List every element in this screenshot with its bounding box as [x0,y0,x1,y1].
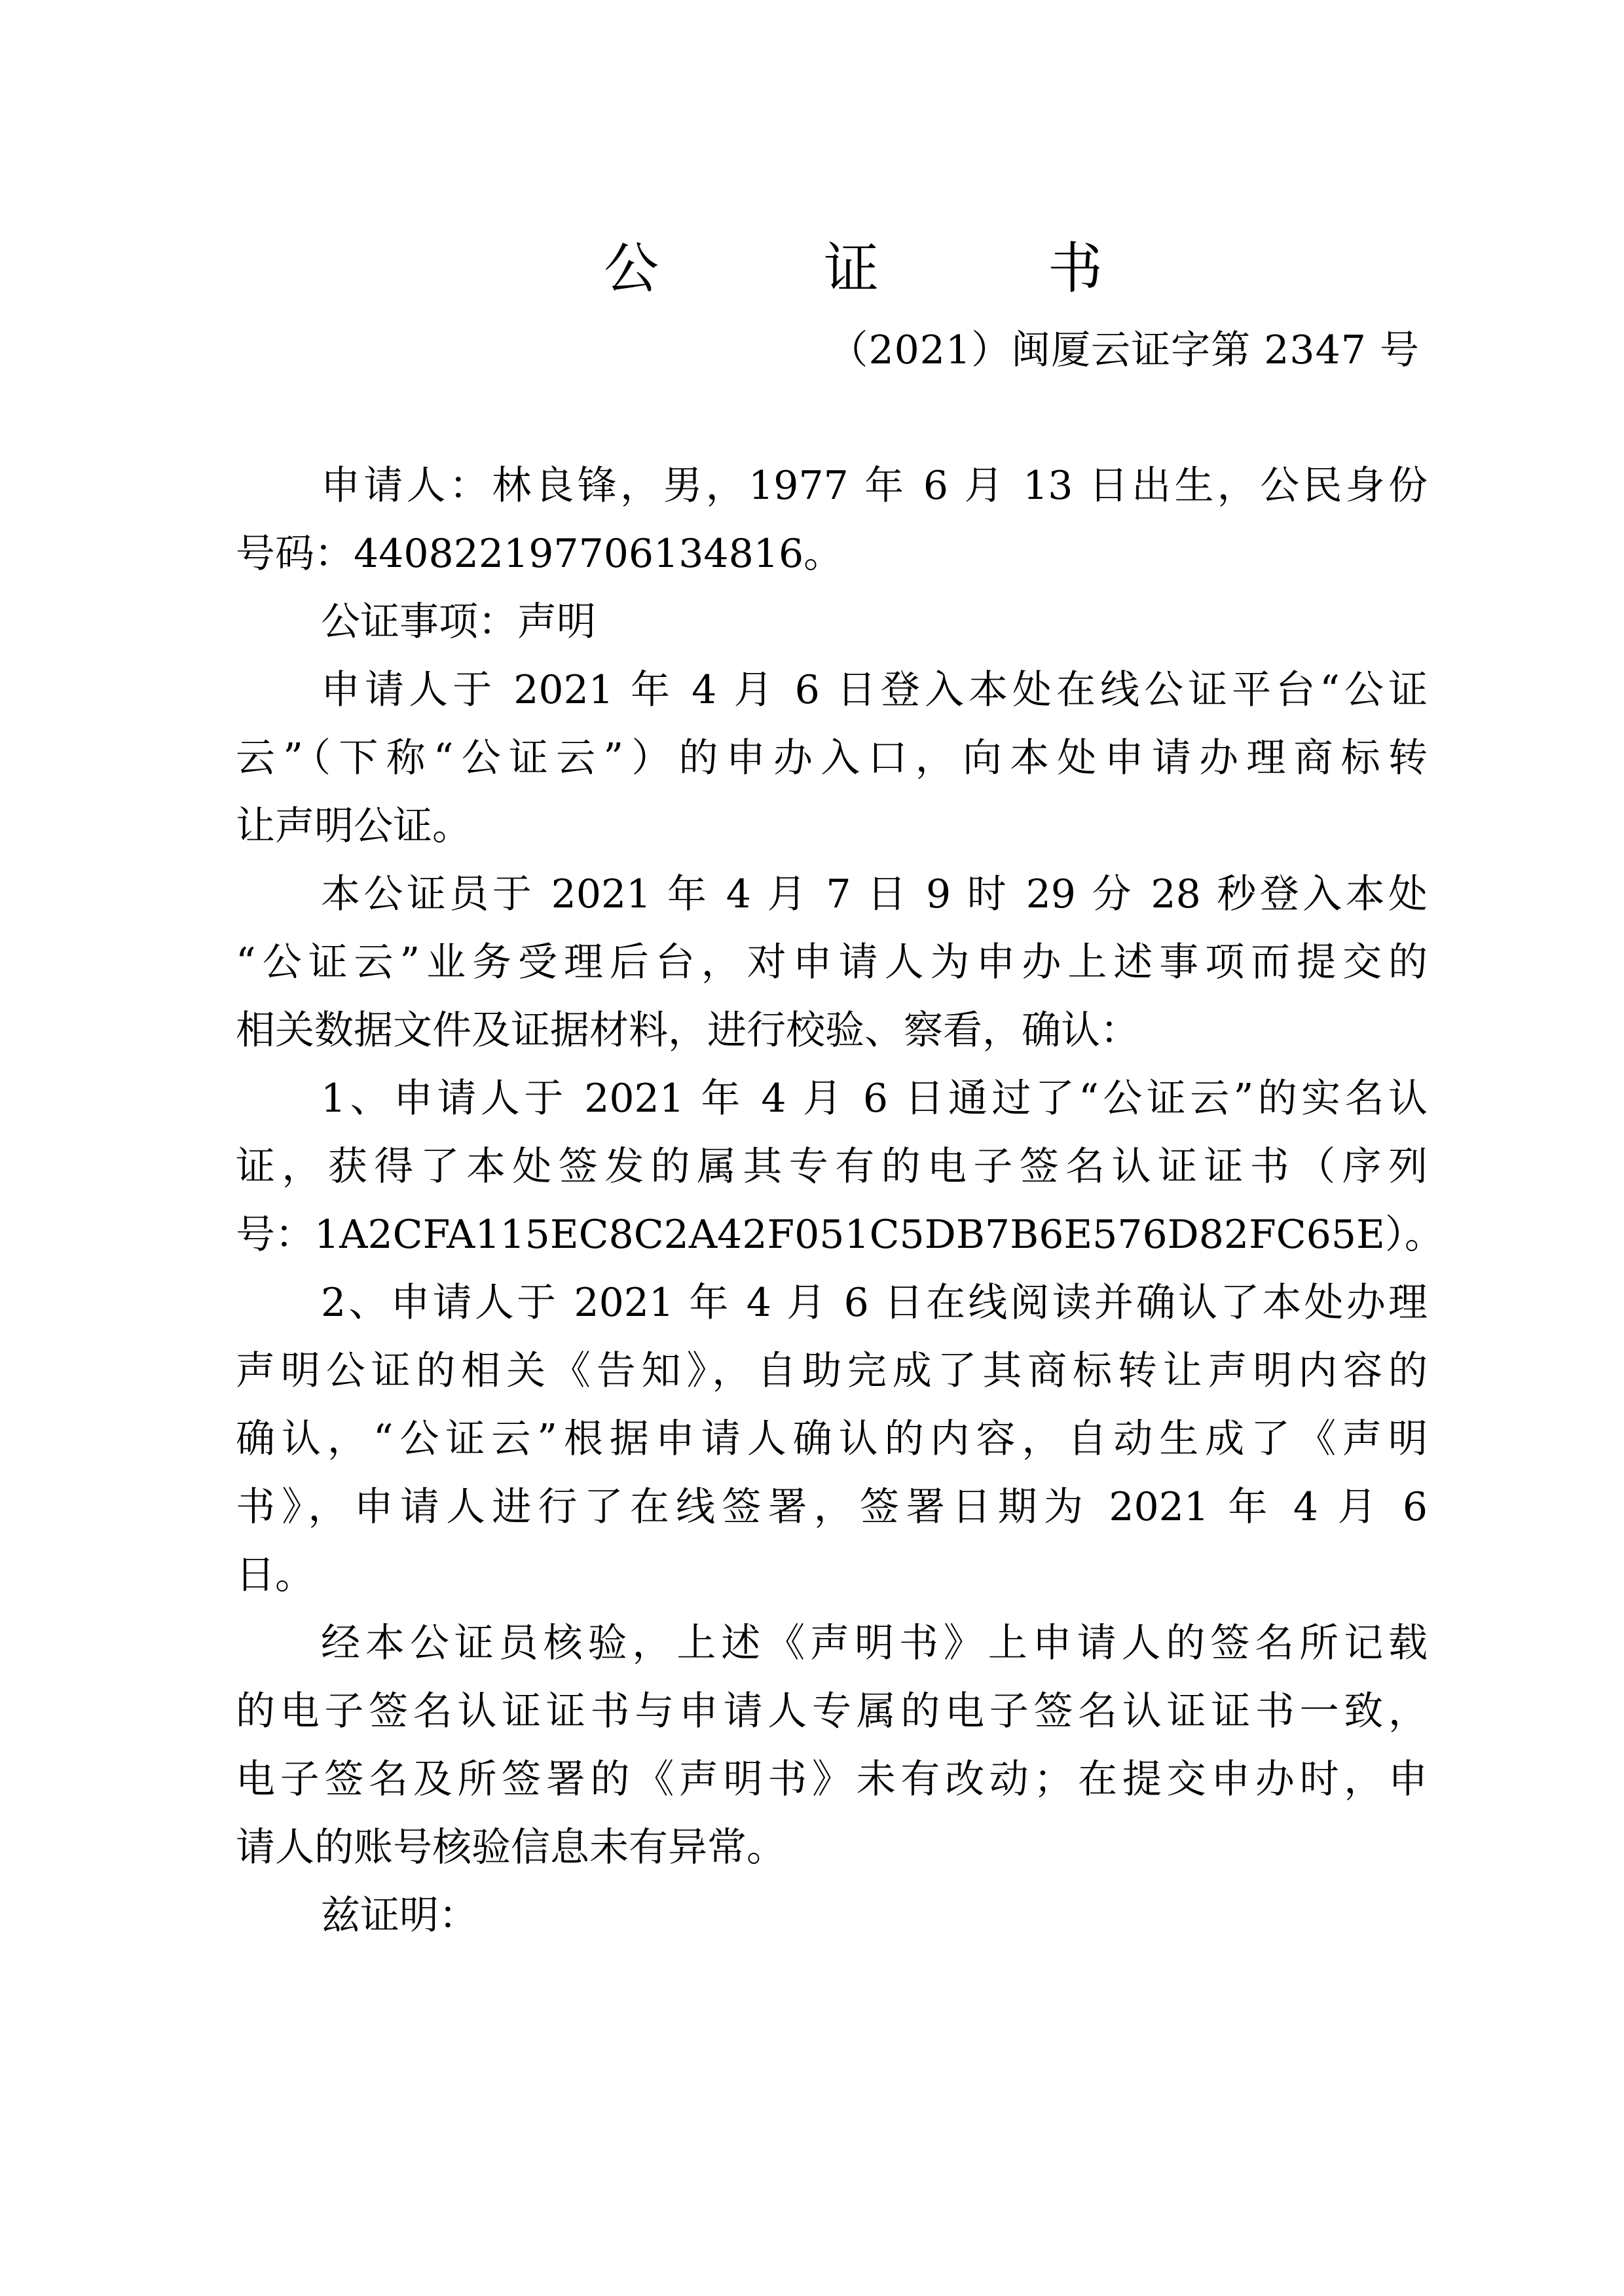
item2-line: 书》，申请人进行了在线签署，签署日期为 2021 年 4 月 6 [236,1473,1428,1541]
review-line: “公证云”业务受理后台，对申请人为申办上述事项而提交的 [236,928,1428,996]
item1-line: 证，获得了本处签发的属其专有的电子签名认证证书（序列 [236,1133,1428,1201]
background-line: 云”（下称“公证云”）的申办入口，向本处申请办理商标转 [236,724,1428,792]
background-line: 申请人于 2021 年 4 月 6 日登入本处在线公证平台“公证 [236,656,1428,724]
notarial-certificate-page: 公 证 书 （2021）闽厦云证字第 2347 号 申请人：林良锋，男，1977… [0,0,1624,2296]
item2-line: 日。 [236,1541,1428,1609]
verification-line: 的电子签名认证证书与申请人专属的电子签名认证证书一致， [236,1677,1428,1745]
verification-line: 经本公证员核验，上述《声明书》上申请人的签名所记载 [236,1609,1428,1677]
item2-line: 确认，“公证云”根据申请人确认的内容，自动生成了《声明 [236,1405,1428,1473]
title-char: 书 [1048,236,1103,301]
item1-serial-line: 号：1A2CFA115EC8C2A42F051C5DB7B6E576D82FC6… [236,1201,1428,1269]
document-number: （2021）闽厦云证字第 2347 号 [828,321,1420,380]
notarization-matter: 公证事项：声明 [236,588,1428,656]
verification-line: 请人的账号核验信息未有异常。 [236,1813,1428,1882]
document-title: 公 证 书 [0,236,1624,301]
review-line: 本公证员于 2021 年 4 月 7 日 9 时 29 分 28 秒登入本处 [236,860,1428,928]
applicant-line: 号码：440822197706134816。 [236,520,1428,588]
title-char: 公 [604,236,659,301]
item2-line: 2、申请人于 2021 年 4 月 6 日在线阅读并确认了本处办理 [236,1269,1428,1337]
verification-line: 电子签名及所签署的《声明书》未有改动；在提交申办时，申 [236,1745,1428,1813]
background-line: 让声明公证。 [236,792,1428,860]
closing-statement: 兹证明： [236,1882,1428,1950]
applicant-line: 申请人：林良锋，男，1977 年 6 月 13 日出生，公民身份 [236,452,1428,520]
item2-line: 声明公证的相关《告知》，自助完成了其商标转让声明内容的 [236,1337,1428,1405]
review-line: 相关数据文件及证据材料，进行校验、察看，确认： [236,996,1428,1065]
item1-line: 1、申请人于 2021 年 4 月 6 日通过了“公证云”的实名认 [236,1065,1428,1133]
document-body: 申请人：林良锋，男，1977 年 6 月 13 日出生，公民身份 号码：4408… [236,452,1428,1950]
title-char: 证 [824,236,879,301]
